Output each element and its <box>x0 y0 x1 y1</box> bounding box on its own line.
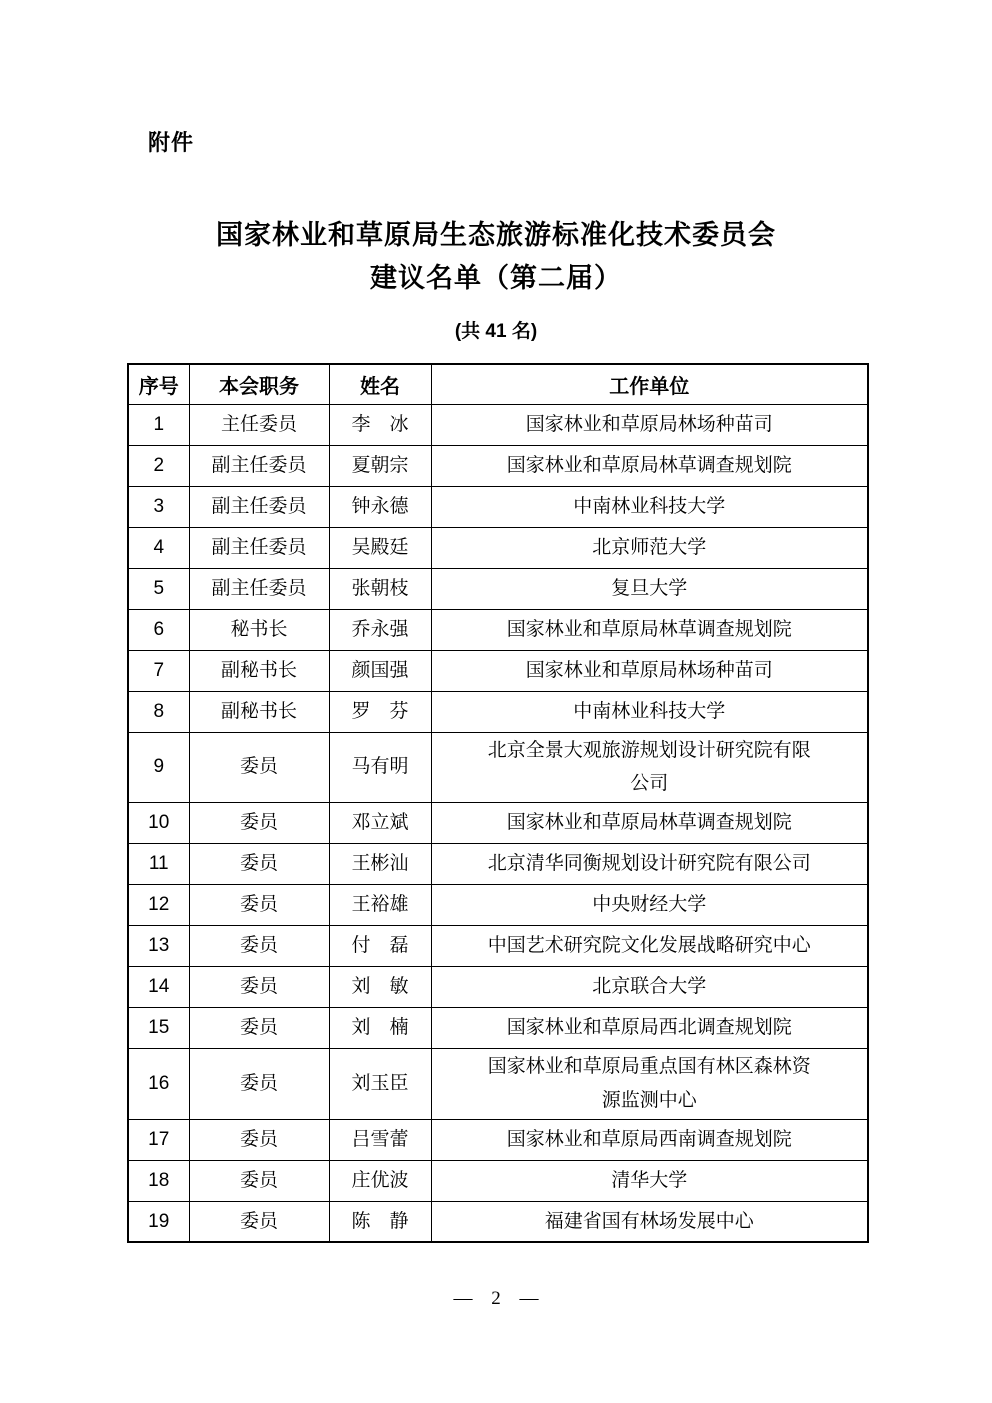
header-cell-no: 序号 <box>128 364 189 404</box>
table-row: 18 委员 庄优波 清华大学 <box>128 1160 868 1201</box>
committee-table: 序号 本会职务 姓名 工作单位 1 主任委员 李 冰 国家林业和草原局林场种苗司… <box>127 363 869 1243</box>
cell-name: 钟永德 <box>329 486 431 527</box>
cell-position: 委员 <box>189 844 329 885</box>
cell-name: 刘 楠 <box>329 1008 431 1049</box>
cell-name: 刘 敏 <box>329 967 431 1008</box>
cell-unit: 北京全景大观旅游规划设计研究院有限 公司 <box>431 732 868 803</box>
table-row: 14 委员 刘 敏 北京联合大学 <box>128 967 868 1008</box>
header-cell-position: 本会职务 <box>189 364 329 404</box>
cell-position: 委员 <box>189 1008 329 1049</box>
cell-position: 主任委员 <box>189 404 329 445</box>
table-row: 2 副主任委员 夏朝宗 国家林业和草原局林草调查规划院 <box>128 445 868 486</box>
table-row: 12 委员 王裕雄 中央财经大学 <box>128 885 868 926</box>
cell-position: 委员 <box>189 1201 329 1242</box>
cell-no: 16 <box>128 1049 189 1120</box>
cell-unit: 清华大学 <box>431 1160 868 1201</box>
cell-no: 10 <box>128 803 189 844</box>
cell-unit: 中央财经大学 <box>431 885 868 926</box>
cell-position: 副秘书长 <box>189 691 329 732</box>
cell-unit: 国家林业和草原局林场种苗司 <box>431 650 868 691</box>
cell-name: 刘玉臣 <box>329 1049 431 1120</box>
table-row: 11 委员 王彬汕 北京清华同衡规划设计研究院有限公司 <box>128 844 868 885</box>
cell-position: 委员 <box>189 926 329 967</box>
cell-unit: 中南林业科技大学 <box>431 486 868 527</box>
cell-name: 邓立斌 <box>329 803 431 844</box>
cell-name: 付 磊 <box>329 926 431 967</box>
cell-no: 5 <box>128 568 189 609</box>
table-row: 3 副主任委员 钟永德 中南林业科技大学 <box>128 486 868 527</box>
cell-no: 17 <box>128 1119 189 1160</box>
table-body: 1 主任委员 李 冰 国家林业和草原局林场种苗司 2 副主任委员 夏朝宗 国家林… <box>128 404 868 1242</box>
cell-position: 委员 <box>189 967 329 1008</box>
cell-position: 副主任委员 <box>189 486 329 527</box>
cell-name: 吴殿廷 <box>329 527 431 568</box>
cell-no: 18 <box>128 1160 189 1201</box>
header-cell-unit: 工作单位 <box>431 364 868 404</box>
cell-position: 副秘书长 <box>189 650 329 691</box>
attachment-label: 附件 <box>148 126 194 157</box>
table-row: 13 委员 付 磊 中国艺术研究院文化发展战略研究中心 <box>128 926 868 967</box>
cell-no: 14 <box>128 967 189 1008</box>
title-line-2: 建议名单（第二届） <box>0 257 992 300</box>
cell-unit: 北京清华同衡规划设计研究院有限公司 <box>431 844 868 885</box>
document-page: 附件 国家林业和草原局生态旅游标准化技术委员会 建议名单（第二届） (共 41 … <box>0 0 992 1403</box>
cell-no: 15 <box>128 1008 189 1049</box>
cell-position: 副主任委员 <box>189 527 329 568</box>
table-row: 6 秘书长 乔永强 国家林业和草原局林草调查规划院 <box>128 609 868 650</box>
cell-unit: 国家林业和草原局林场种苗司 <box>431 404 868 445</box>
cell-name: 夏朝宗 <box>329 445 431 486</box>
cell-name: 李 冰 <box>329 404 431 445</box>
cell-no: 13 <box>128 926 189 967</box>
cell-position: 委员 <box>189 732 329 803</box>
cell-no: 9 <box>128 732 189 803</box>
table-row: 4 副主任委员 吴殿廷 北京师范大学 <box>128 527 868 568</box>
cell-unit: 国家林业和草原局西南调查规划院 <box>431 1119 868 1160</box>
cell-no: 12 <box>128 885 189 926</box>
cell-unit: 中南林业科技大学 <box>431 691 868 732</box>
table-row: 19 委员 陈 静 福建省国有林场发展中心 <box>128 1201 868 1242</box>
member-count-note: (共 41 名) <box>0 316 992 343</box>
cell-position: 委员 <box>189 803 329 844</box>
cell-unit: 北京师范大学 <box>431 527 868 568</box>
table-row: 8 副秘书长 罗 芬 中南林业科技大学 <box>128 691 868 732</box>
page-number: — 2 — <box>0 1288 992 1310</box>
cell-no: 4 <box>128 527 189 568</box>
cell-unit: 国家林业和草原局西北调查规划院 <box>431 1008 868 1049</box>
cell-position: 副主任委员 <box>189 445 329 486</box>
cell-name: 乔永强 <box>329 609 431 650</box>
table-header-row: 序号 本会职务 姓名 工作单位 <box>128 364 868 404</box>
table-row: 16 委员 刘玉臣 国家林业和草原局重点国有林区森林资 源监测中心 <box>128 1049 868 1120</box>
cell-no: 11 <box>128 844 189 885</box>
table-row: 7 副秘书长 颜国强 国家林业和草原局林场种苗司 <box>128 650 868 691</box>
cell-no: 6 <box>128 609 189 650</box>
cell-name: 王彬汕 <box>329 844 431 885</box>
cell-name: 庄优波 <box>329 1160 431 1201</box>
cell-no: 19 <box>128 1201 189 1242</box>
cell-unit: 复旦大学 <box>431 568 868 609</box>
cell-position: 委员 <box>189 1119 329 1160</box>
table-row: 10 委员 邓立斌 国家林业和草原局林草调查规划院 <box>128 803 868 844</box>
cell-position: 委员 <box>189 885 329 926</box>
table-row: 5 副主任委员 张朝枝 复旦大学 <box>128 568 868 609</box>
cell-name: 张朝枝 <box>329 568 431 609</box>
table-row: 9 委员 马有明 北京全景大观旅游规划设计研究院有限 公司 <box>128 732 868 803</box>
cell-unit: 国家林业和草原局重点国有林区森林资 源监测中心 <box>431 1049 868 1120</box>
cell-no: 7 <box>128 650 189 691</box>
cell-unit: 国家林业和草原局林草调查规划院 <box>431 803 868 844</box>
header-cell-name: 姓名 <box>329 364 431 404</box>
cell-no: 2 <box>128 445 189 486</box>
table-row: 1 主任委员 李 冰 国家林业和草原局林场种苗司 <box>128 404 868 445</box>
cell-unit: 福建省国有林场发展中心 <box>431 1201 868 1242</box>
cell-name: 罗 芬 <box>329 691 431 732</box>
table-row: 17 委员 吕雪蕾 国家林业和草原局西南调查规划院 <box>128 1119 868 1160</box>
cell-no: 1 <box>128 404 189 445</box>
cell-unit: 中国艺术研究院文化发展战略研究中心 <box>431 926 868 967</box>
title-line-1: 国家林业和草原局生态旅游标准化技术委员会 <box>0 214 992 257</box>
cell-position: 委员 <box>189 1160 329 1201</box>
cell-name: 颜国强 <box>329 650 431 691</box>
cell-no: 3 <box>128 486 189 527</box>
cell-name: 陈 静 <box>329 1201 431 1242</box>
cell-name: 吕雪蕾 <box>329 1119 431 1160</box>
cell-position: 秘书长 <box>189 609 329 650</box>
cell-unit: 国家林业和草原局林草调查规划院 <box>431 609 868 650</box>
table-row: 15 委员 刘 楠 国家林业和草原局西北调查规划院 <box>128 1008 868 1049</box>
cell-name: 王裕雄 <box>329 885 431 926</box>
cell-position: 副主任委员 <box>189 568 329 609</box>
cell-unit: 北京联合大学 <box>431 967 868 1008</box>
cell-name: 马有明 <box>329 732 431 803</box>
document-title: 国家林业和草原局生态旅游标准化技术委员会 建议名单（第二届） <box>0 214 992 300</box>
table-header: 序号 本会职务 姓名 工作单位 <box>128 364 868 404</box>
cell-unit: 国家林业和草原局林草调查规划院 <box>431 445 868 486</box>
cell-no: 8 <box>128 691 189 732</box>
cell-position: 委员 <box>189 1049 329 1120</box>
